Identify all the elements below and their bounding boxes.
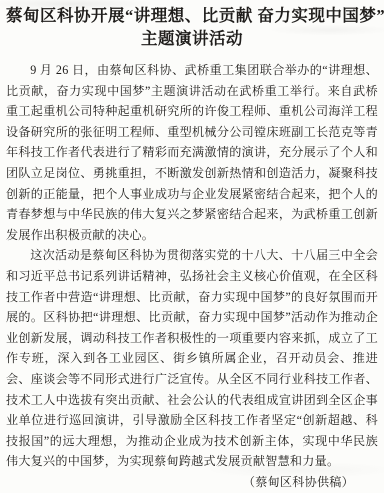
- title-line-1: 蔡甸区科协开展“讲理想、比贡献 奋力实现中国梦”: [6, 5, 378, 28]
- scanned-document-page: 蔡甸区科协开展“讲理想、比贡献 奋力实现中国梦” 主题演讲活动 9 月 26 日…: [0, 0, 384, 493]
- title-line-2: 主题演讲活动: [6, 28, 378, 51]
- paragraph-2: 这次活动是蔡甸区科协为贯彻落实党的十八大、十八届三中全会和习近平总书记系列讲话精…: [6, 245, 378, 472]
- paragraph-1: 9 月 26 日，由蔡甸区科协、武桥重工集团联合举办的“讲理想、比贡献，奋力实现…: [6, 60, 378, 245]
- attribution-line: （蔡甸区科协供稿）: [6, 472, 378, 493]
- document-title: 蔡甸区科协开展“讲理想、比贡献 奋力实现中国梦” 主题演讲活动: [6, 5, 378, 50]
